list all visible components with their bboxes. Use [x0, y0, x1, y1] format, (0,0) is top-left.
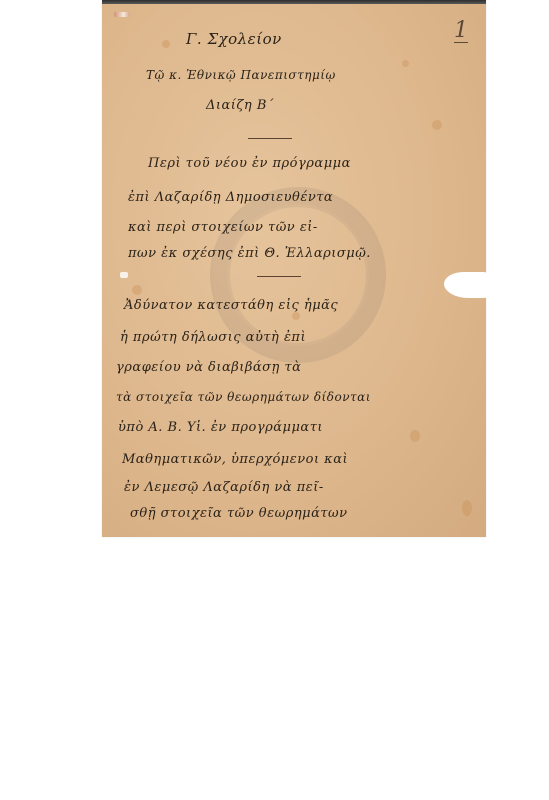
- paper-tear: [444, 272, 488, 298]
- paragraph2-line: Ἀδύνατον κατεστάθη εἰς ἡμᾶς: [124, 298, 338, 313]
- paragraph2-line: ἡ πρώτη δήλωσις αὐτὴ ἐπὶ: [120, 330, 306, 345]
- paragraph2-line: γραφείου νὰ διαβιβάσῃ τὰ: [116, 360, 301, 375]
- separator-rule: [248, 138, 292, 139]
- foxing-spot: [402, 60, 409, 67]
- paragraph1-line: ἐπὶ Λαζαρίδῃ Δημοσιευθέντα: [128, 190, 333, 205]
- paragraph2-line: ὑπὸ Α. Β. Υἱ. ἐν προγράμματι: [118, 420, 323, 435]
- header-line-1: Γ. Σχολείον: [186, 30, 282, 48]
- paragraph1-line: Περὶ τοῦ νέου ἐν πρόγραμμα: [148, 156, 351, 171]
- paragraph1-line: πων ἐκ σχέσης ἐπὶ Θ. Ἐλλαρισμῷ.: [128, 246, 371, 261]
- paragraph2-line: ἐν Λεμεσῷ Λαζαρίδη νὰ πεῖ-: [124, 480, 324, 495]
- document-page: 1 Γ. Σχολείον Τῷ κ. Ἐθνικῷ Πανεπιστημίῳ …: [102, 0, 486, 537]
- foxing-spot: [132, 285, 142, 295]
- foxing-spot: [410, 430, 420, 442]
- header-line-3: Διαίζη Β΄: [206, 98, 274, 113]
- header-line-2: Τῷ κ. Ἐθνικῷ Πανεπιστημίῳ: [146, 68, 336, 82]
- paper-blemish: [114, 12, 130, 17]
- paper-blemish: [120, 272, 128, 278]
- paragraph2-line: Μαθηματικῶν, ὑπερχόμενοι καὶ: [122, 452, 348, 467]
- foxing-spot: [432, 120, 442, 130]
- paragraph1-line: καὶ περὶ στοιχείων τῶν εἰ-: [128, 220, 318, 235]
- foxing-spot: [292, 312, 300, 320]
- separator-rule: [257, 276, 301, 277]
- page-number: 1: [454, 20, 468, 43]
- paragraph2-line: σθῇ στοιχεῖα τῶν θεωρημάτων: [130, 506, 348, 521]
- paragraph2-line: τὰ στοιχεῖα τῶν θεωρημάτων δίδονται: [116, 390, 371, 404]
- foxing-spot: [462, 500, 472, 516]
- scan-top-edge: [102, 0, 486, 4]
- foxing-spot: [162, 40, 170, 48]
